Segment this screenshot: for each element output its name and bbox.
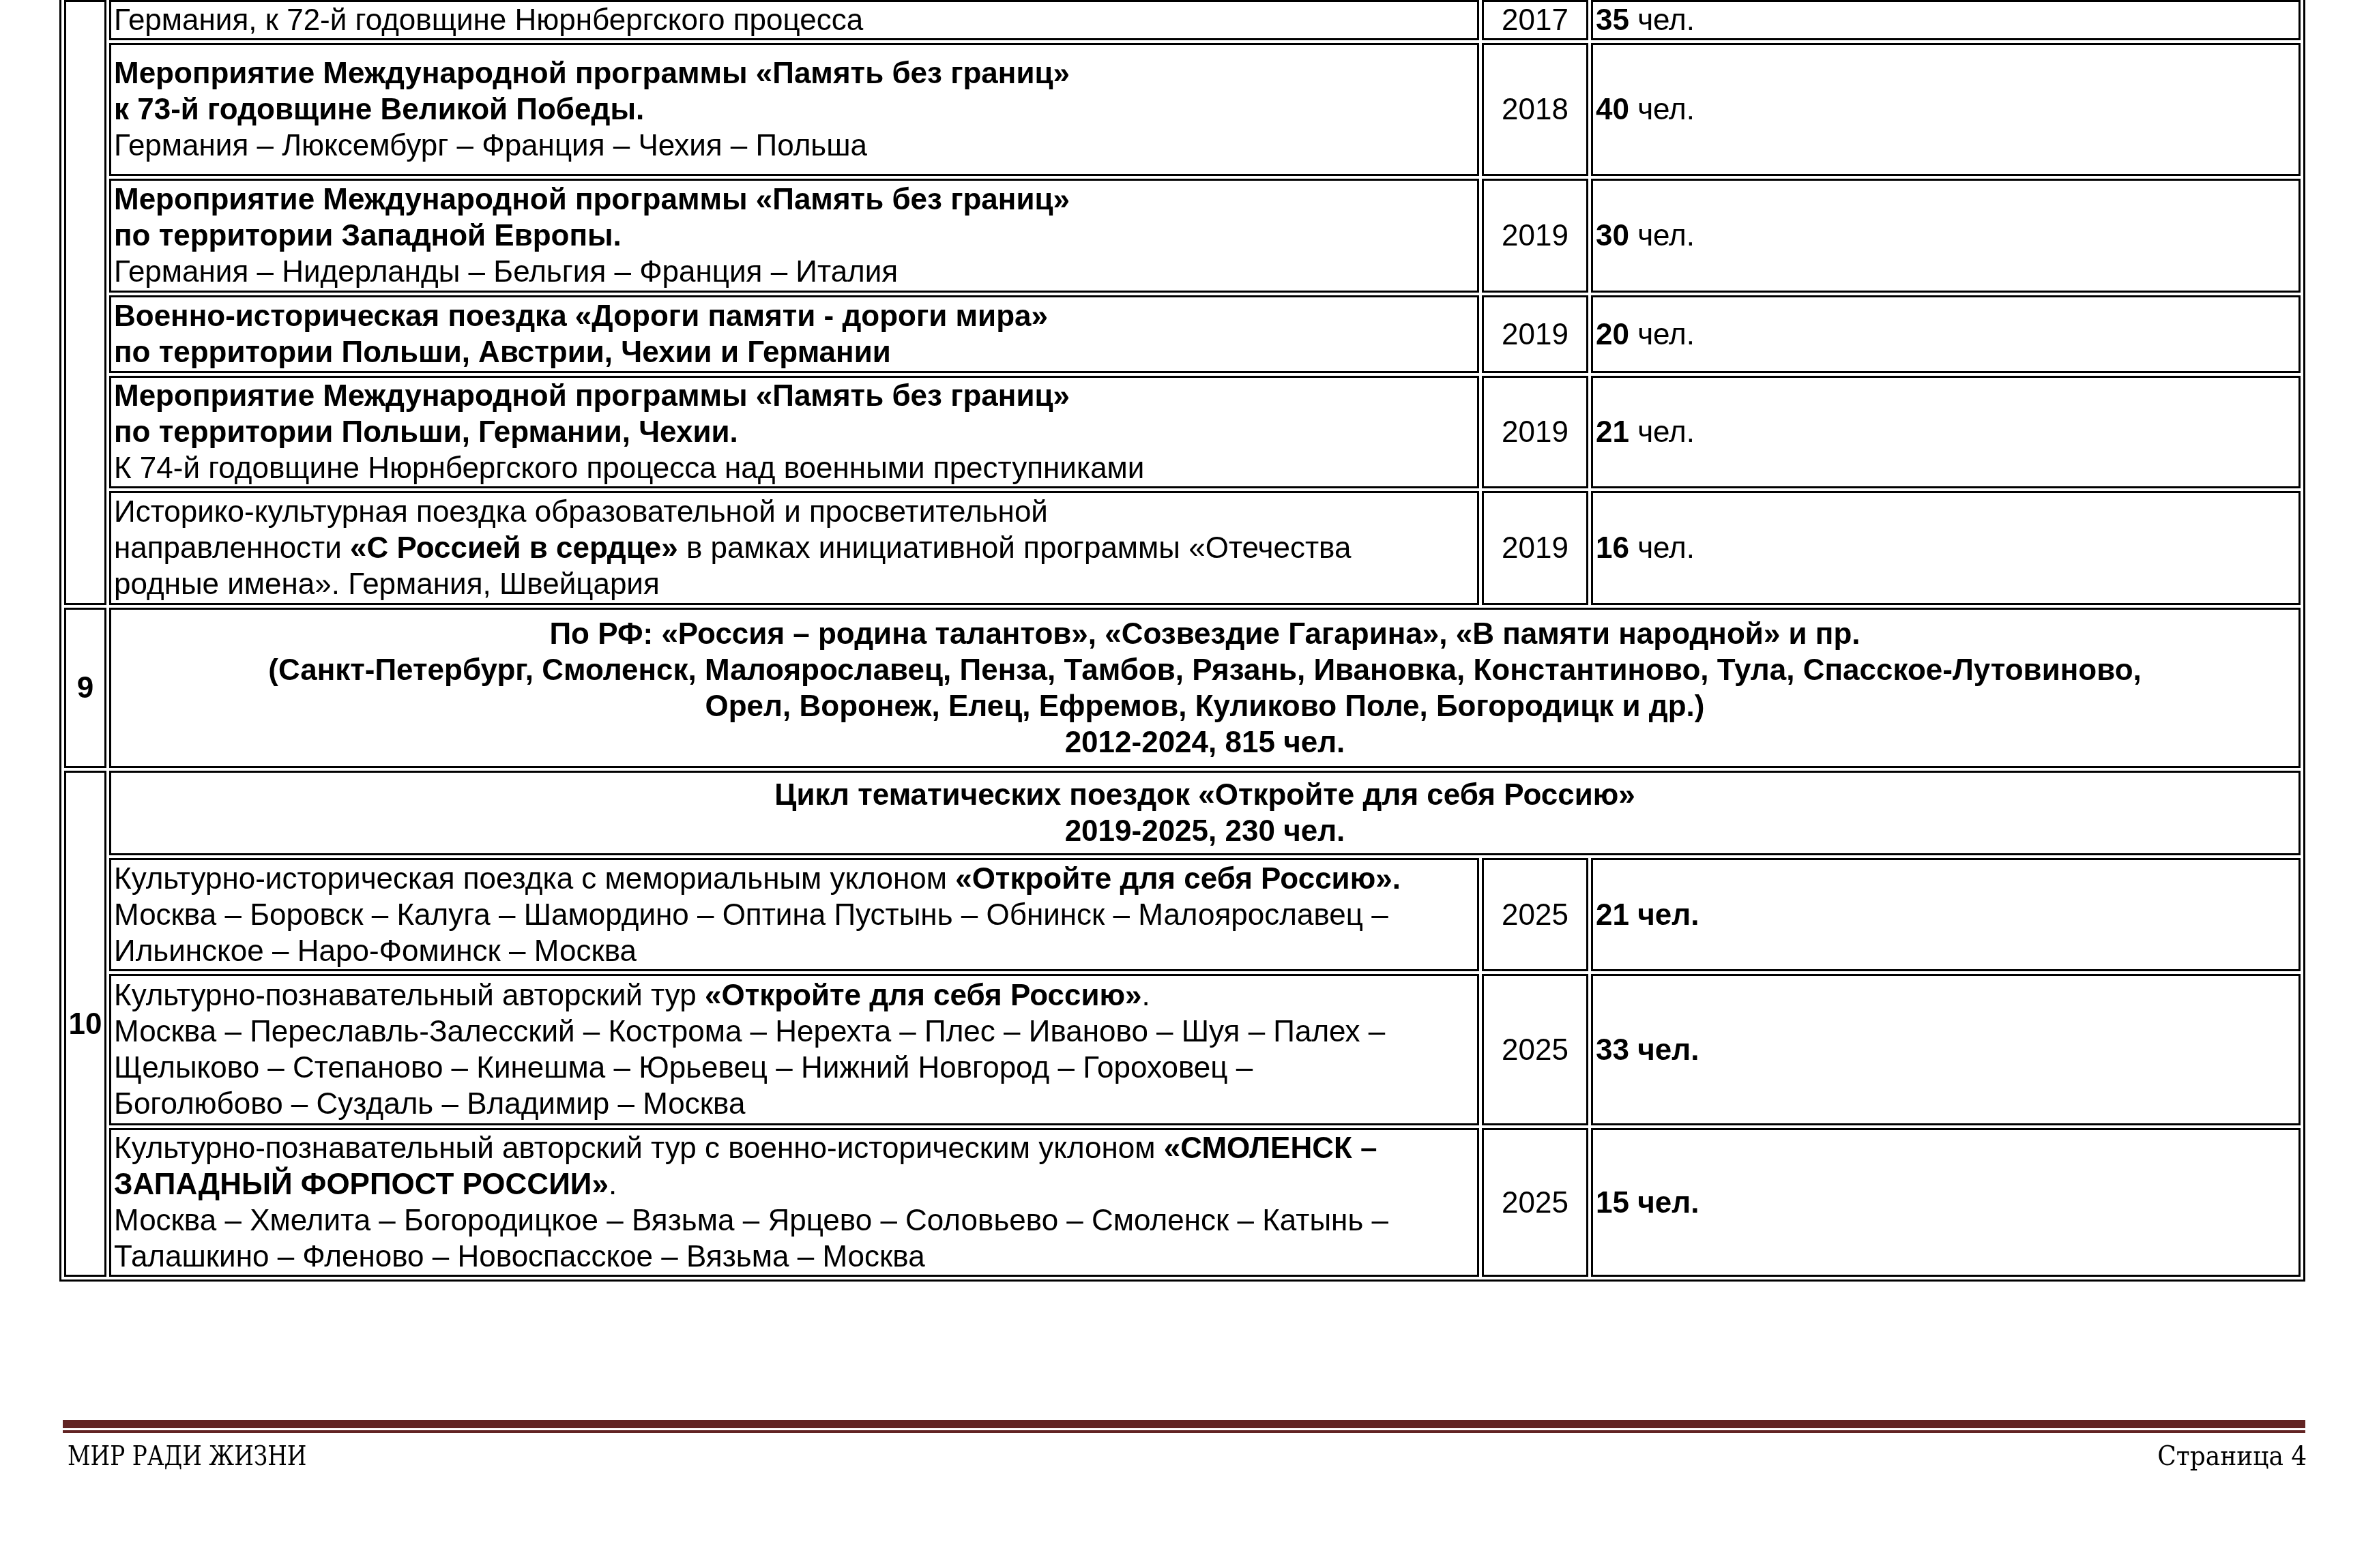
table-row: Мероприятие Международной программы «Пам… (64, 43, 2301, 176)
text: направленности (114, 531, 350, 565)
table-row: Мероприятие Международной программы «Пам… (64, 376, 2301, 488)
table-row: Культурно-познавательный авторский тур с… (64, 1128, 2301, 1277)
description-line: Боголюбово – Суздаль – Владимир – Москва (114, 1086, 1474, 1122)
summary-line: По РФ: «Россия – родина талантов», «Созв… (114, 616, 2296, 652)
table-row-10-header: 10Цикл тематических поездок «Откройте дл… (64, 771, 2301, 855)
description-cell: Историко-культурная поездка образователь… (109, 491, 1479, 605)
text: Москва – Боровск – Калуга – Шамордино – … (114, 898, 1388, 932)
description-line: Историко-культурная поездка образователь… (114, 494, 1474, 530)
description-line: по территории Западной Европы. (114, 218, 1474, 254)
text: Историко-культурная поездка образователь… (114, 495, 1048, 529)
summary-line: Орел, Воронеж, Елец, Ефремов, Куликово П… (114, 688, 2296, 724)
text: Москва – Хмелита – Богородицкое – Вязьма… (114, 1204, 1388, 1237)
header-line: Цикл тематических поездок «Откройте для … (114, 777, 2296, 813)
row-number: 10 (64, 771, 106, 1277)
text: Германия, к 72-й годовщине Нюрнбергского… (114, 3, 863, 37)
count-unit: чел. (1629, 3, 1695, 37)
description-line: Мероприятие Международной программы «Пам… (114, 181, 1474, 218)
description-line: Культурно-историческая поездка с мемориа… (114, 861, 1474, 897)
count-unit: чел. (1629, 415, 1695, 449)
text: родные имена». Германия, Швейцария (114, 567, 660, 601)
count-cell: 15 чел. (1591, 1128, 2301, 1277)
summary-line: 2012-2024, 815 чел. (114, 724, 2296, 760)
count-cell: 20 чел. (1591, 295, 2301, 373)
row-number-cell (64, 0, 106, 605)
description-cell: Мероприятие Международной программы «Пам… (109, 376, 1479, 488)
text: Германия – Нидерланды – Бельгия – Франци… (114, 255, 898, 289)
description-line: Военно-историческая поездка «Дороги памя… (114, 298, 1474, 334)
count-number: 16 (1596, 531, 1629, 565)
description-cell: Культурно-познавательный авторский тур «… (109, 974, 1479, 1125)
description-line: Германия – Нидерланды – Бельгия – Франци… (114, 254, 1474, 290)
year-cell: 2025 (1482, 858, 1588, 971)
count-number: 20 (1596, 318, 1629, 351)
count-number: 33 чел. (1596, 1033, 1699, 1067)
text: Культурно-познавательный авторский тур с… (114, 1131, 1164, 1165)
bold-text: ЗАПАДНЫЙ ФОРПОСТ РОССИИ» (114, 1168, 609, 1201)
table-row: Военно-историческая поездка «Дороги памя… (64, 295, 2301, 373)
description-line: Германия – Люксембург – Франция – Чехия … (114, 128, 1474, 164)
text: . (1142, 979, 1150, 1012)
text: Талашкино – Фленово – Новоспасское – Вяз… (114, 1240, 925, 1273)
text: Москва – Переславль-Залесский – Кострома… (114, 1015, 1385, 1048)
year-cell: 2018 (1482, 43, 1588, 176)
description-line: К 74-й годовщине Нюрнбергского процесса … (114, 450, 1474, 486)
bold-text: «Откройте для себя Россию». (955, 862, 1401, 896)
description-line: направленности «С Россией в сердце» в ра… (114, 530, 1474, 566)
bold-text: по территории Польши, Австрии, Чехии и Г… (114, 336, 891, 369)
text: Щелыково – Степаново – Кинешма – Юрьевец… (114, 1051, 1253, 1084)
bold-text: Мероприятие Международной программы «Пам… (114, 57, 1070, 90)
text: Германия – Люксембург – Франция – Чехия … (114, 129, 867, 162)
count-number: 21 чел. (1596, 898, 1699, 932)
description-cell: Мероприятие Международной программы «Пам… (109, 43, 1479, 176)
count-unit: чел. (1629, 93, 1695, 126)
header-line: 2019-2025, 230 чел. (114, 813, 2296, 849)
year-cell: 2017 (1482, 0, 1588, 40)
bold-text: по территории Польши, Германии, Чехии. (114, 415, 738, 449)
trips-table: Германия, к 72-й годовщине Нюрнбергского… (59, 0, 2305, 1282)
description-line: Культурно-познавательный авторский тур с… (114, 1130, 1474, 1166)
year-cell: 2019 (1482, 376, 1588, 488)
count-cell: 35 чел. (1591, 0, 2301, 40)
bold-text: Мероприятие Международной программы «Пам… (114, 183, 1070, 216)
description-line: Германия, к 72-й годовщине Нюрнбергского… (114, 2, 1474, 38)
text: Боголюбово – Суздаль – Владимир – Москва (114, 1087, 745, 1121)
year-cell: 2025 (1482, 1128, 1588, 1277)
year-cell: 2019 (1482, 491, 1588, 605)
description-cell: Военно-историческая поездка «Дороги памя… (109, 295, 1479, 373)
count-unit: чел. (1629, 318, 1695, 351)
count-number: 21 (1596, 415, 1629, 449)
count-cell: 21 чел. (1591, 858, 2301, 971)
page-number: Страница 4 (2157, 1440, 2307, 1472)
bold-text: «СМОЛЕНСК – (1164, 1131, 1377, 1165)
text: К 74-й годовщине Нюрнбергского процесса … (114, 452, 1144, 485)
footer-rule-thin (63, 1430, 2305, 1433)
bold-text: Военно-историческая поездка «Дороги памя… (114, 299, 1048, 333)
text: в рамках инициативной программы «Отечест… (678, 531, 1352, 565)
count-number: 30 (1596, 219, 1629, 252)
table-row: Историко-культурная поездка образователь… (64, 491, 2301, 605)
bold-text: «Откройте для себя Россию» (705, 979, 1142, 1012)
count-cell: 33 чел. (1591, 974, 2301, 1125)
description-line: Щелыково – Степаново – Кинешма – Юрьевец… (114, 1050, 1474, 1086)
count-number: 40 (1596, 93, 1629, 126)
year-cell: 2019 (1482, 179, 1588, 293)
count-unit: чел. (1629, 219, 1695, 252)
description-line: ЗАПАДНЫЙ ФОРПОСТ РОССИИ». (114, 1166, 1474, 1202)
table-row: Культурно-историческая поездка с мемориа… (64, 858, 2301, 971)
count-number: 35 (1596, 3, 1629, 37)
count-cell: 40 чел. (1591, 43, 2301, 176)
text: Ильинское – Наро-Фоминск – Москва (114, 934, 637, 968)
footer-title: МИР РАДИ ЖИЗНИ (68, 1440, 306, 1472)
text: Культурно-познавательный авторский тур (114, 979, 705, 1012)
description-line: Мероприятие Международной программы «Пам… (114, 55, 1474, 91)
description-line: к 73-й годовщине Великой Победы. (114, 91, 1474, 128)
count-cell: 30 чел. (1591, 179, 2301, 293)
bold-text: к 73-й годовщине Великой Победы. (114, 93, 644, 126)
description-line: по территории Польши, Германии, Чехии. (114, 414, 1474, 450)
table-row: Германия, к 72-й годовщине Нюрнбергского… (64, 0, 2301, 40)
description-line: Ильинское – Наро-Фоминск – Москва (114, 933, 1474, 969)
year-cell: 2019 (1482, 295, 1588, 373)
row-9-summary: По РФ: «Россия – родина талантов», «Созв… (109, 608, 2301, 768)
description-line: по территории Польши, Австрии, Чехии и Г… (114, 334, 1474, 370)
year-cell: 2025 (1482, 974, 1588, 1125)
description-line: Москва – Переславль-Залесский – Кострома… (114, 1014, 1474, 1050)
bold-text: по территории Западной Европы. (114, 219, 622, 252)
table-row: Культурно-познавательный авторский тур «… (64, 974, 2301, 1125)
table-row: Мероприятие Международной программы «Пам… (64, 179, 2301, 293)
row-10-header: Цикл тематических поездок «Откройте для … (109, 771, 2301, 855)
count-number: 15 чел. (1596, 1186, 1699, 1219)
count-cell: 21 чел. (1591, 376, 2301, 488)
description-line: Москва – Хмелита – Богородицкое – Вязьма… (114, 1202, 1474, 1239)
summary-line: (Санкт-Петербург, Смоленск, Малоярославе… (114, 652, 2296, 688)
description-cell: Мероприятие Международной программы «Пам… (109, 179, 1479, 293)
count-cell: 16 чел. (1591, 491, 2301, 605)
description-cell: Германия, к 72-й годовщине Нюрнбергского… (109, 0, 1479, 40)
description-line: Москва – Боровск – Калуга – Шамордино – … (114, 897, 1474, 933)
description-line: Культурно-познавательный авторский тур «… (114, 977, 1474, 1014)
text: Культурно-историческая поездка с мемориа… (114, 862, 955, 896)
description-line: Мероприятие Международной программы «Пам… (114, 378, 1474, 414)
count-unit: чел. (1629, 531, 1695, 565)
row-number: 9 (64, 608, 106, 768)
footer-rule-thick (63, 1420, 2305, 1428)
description-cell: Культурно-познавательный авторский тур с… (109, 1128, 1479, 1277)
bold-text: Мероприятие Международной программы «Пам… (114, 379, 1070, 413)
bold-text: «С Россией в сердце» (350, 531, 678, 565)
description-line: Талашкино – Фленово – Новоспасское – Вяз… (114, 1239, 1474, 1275)
description-line: родные имена». Германия, Швейцария (114, 566, 1474, 602)
description-cell: Культурно-историческая поездка с мемориа… (109, 858, 1479, 971)
table-row-9: 9По РФ: «Россия – родина талантов», «Соз… (64, 608, 2301, 768)
text: . (609, 1168, 617, 1201)
